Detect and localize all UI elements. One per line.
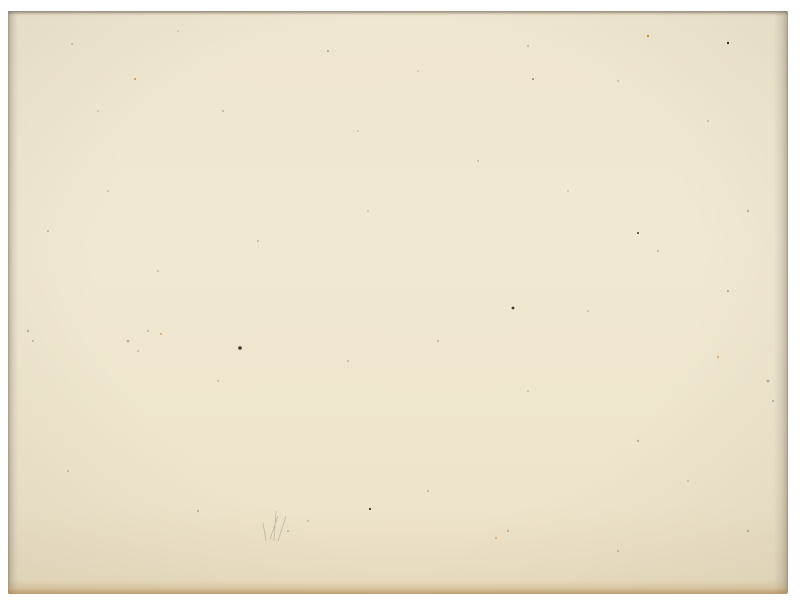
aged-paper-sheet xyxy=(8,11,788,594)
paper-speckle-texture xyxy=(8,11,788,594)
image-canvas xyxy=(0,0,800,606)
